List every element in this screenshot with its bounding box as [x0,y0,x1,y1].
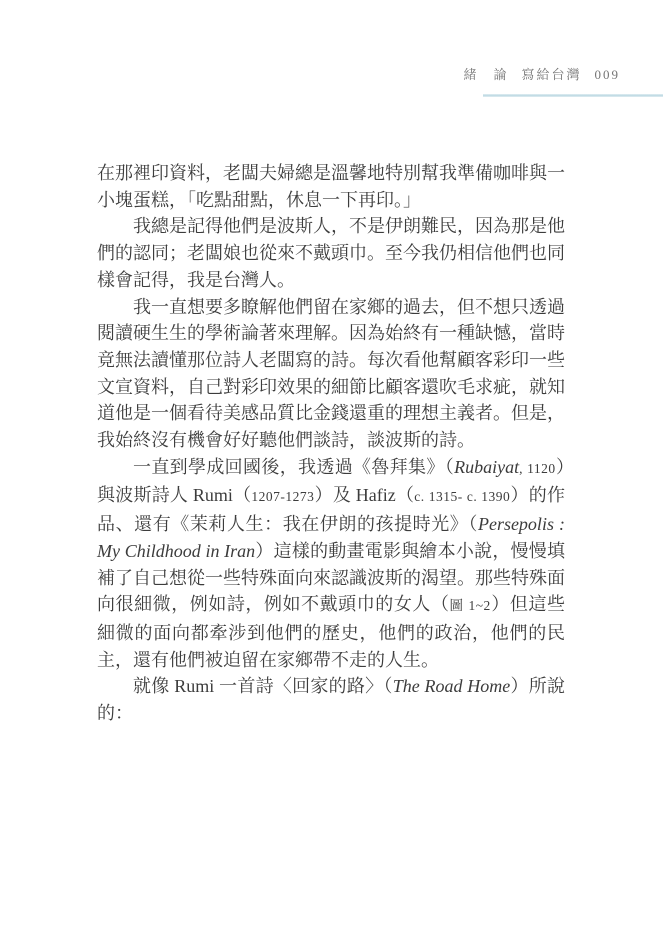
book-page: 緒 論 寫給台灣 009 在那裡印資料，老闆夫婦總是溫馨地特別幫我準備咖啡與一小… [0,0,663,932]
running-header: 緒 論 寫給台灣 009 [463,64,620,83]
latin-italic-text: The Road Home [393,676,511,696]
paragraph: 就像 Rumi 一首詩〈回家的路〉（The Road Home）所說的： [97,673,565,726]
paragraph: 一直到學成回國後，我透過《魯拜集》（Rubaiyat, 1120）與波斯詩人 R… [97,454,565,674]
small-numeral-text: 1207-1273 [251,489,314,504]
small-numeral-text: 圖 1~2 [450,598,491,613]
cjk-text: ）及 Hafiz（ [314,485,414,505]
running-header-section: 緒 論 [463,64,508,83]
cjk-text: 我總是記得他們是波斯人，不是伊朗難民，因為那是他們的認同；老闆娘也從來不戴頭巾。… [97,216,565,289]
header-rule [483,94,663,97]
running-header-chapter-title: 寫給台灣 [521,64,581,83]
small-numeral-text: c. 1315- c. 1390 [414,489,510,504]
running-header-page-number: 009 [595,67,621,83]
small-numeral-text: , 1120 [519,461,556,476]
paragraph: 在那裡印資料，老闆夫婦總是溫馨地特別幫我準備咖啡與一小塊蛋糕，「吃點甜點，休息一… [97,160,565,213]
paragraph: 我總是記得他們是波斯人，不是伊朗難民，因為那是他們的認同；老闆娘也從來不戴頭巾。… [97,213,565,293]
cjk-text: 就像 Rumi 一首詩〈回家的路〉（ [133,676,393,696]
latin-italic-text: Rubaiyat [454,457,519,477]
paragraph: 我一直想要多瞭解他們留在家鄉的過去，但不想只透過閱讀硬生生的學術論著來理解。因為… [97,294,565,454]
cjk-text: 我一直想要多瞭解他們留在家鄉的過去，但不想只透過閱讀硬生生的學術論著來理解。因為… [97,297,565,451]
cjk-text: 一直到學成回國後，我透過《魯拜集》（ [133,457,454,477]
body-text-block: 在那裡印資料，老闆夫婦總是溫馨地特別幫我準備咖啡與一小塊蛋糕，「吃點甜點，休息一… [97,160,565,727]
cjk-text: 在那裡印資料，老闆夫婦總是溫馨地特別幫我準備咖啡與一小塊蛋糕，「吃點甜點，休息一… [97,163,565,210]
